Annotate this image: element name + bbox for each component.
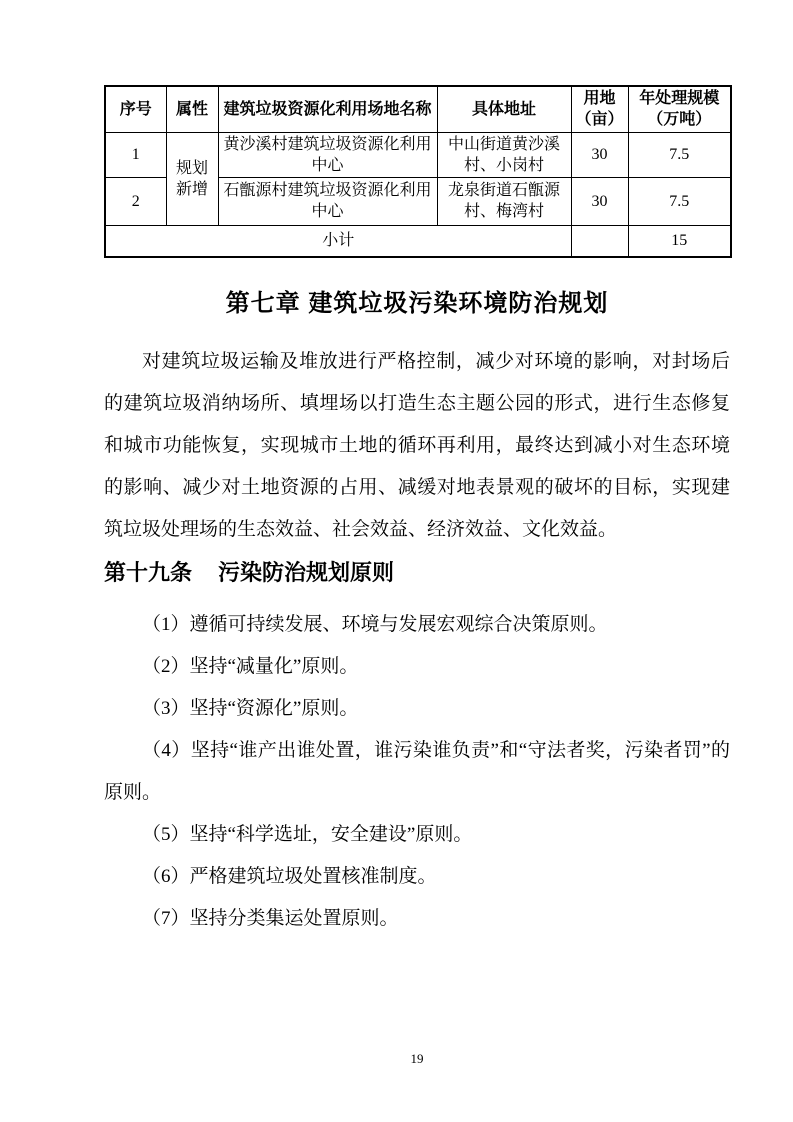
cell-seq: 2 [105,177,166,225]
attribute-line2: 新增 [176,181,208,198]
cell-attribute: 规划新增 [166,132,218,225]
document-page: 序号 属性 建筑垃圾资源化利用场地名称 具体地址 用地（亩） 年处理规模（万吨）… [0,0,793,1122]
header-site-name: 建筑垃圾资源化利用场地名称 [218,86,437,132]
principles-list: （1）遵循可持续发展、环境与发展宏观综合决策原则。 （2）坚持“减量化”原则。 … [104,604,730,940]
article-number: 第十九条 [104,560,192,585]
table-subtotal-row: 小计 15 [105,225,731,257]
article-title-text: 污染防治规划原则 [218,560,394,585]
principle-item-5: （5）坚持“科学选址，安全建设”原则。 [104,814,730,856]
header-address: 具体地址 [437,86,571,132]
article-title: 第十九条污染防治规划原则 [104,558,730,588]
header-attribute: 属性 [166,86,218,132]
cell-scale: 7.5 [628,132,731,177]
subtotal-land [571,225,628,257]
header-scale-line2: （万吨） [647,111,711,128]
header-seq: 序号 [105,86,166,132]
cell-scale: 7.5 [628,177,731,225]
header-land-line2: （亩） [575,111,623,128]
header-scale-line1: 年处理规模 [639,90,719,107]
cell-land: 30 [571,177,628,225]
header-land: 用地（亩） [571,86,628,132]
principle-item-6: （6）严格建筑垃圾处置核准制度。 [104,856,730,898]
cell-land: 30 [571,132,628,177]
principle-item-7: （7）坚持分类集运处置原则。 [104,898,730,940]
page-content: 序号 属性 建筑垃圾资源化利用场地名称 具体地址 用地（亩） 年处理规模（万吨）… [104,85,730,940]
subtotal-label: 小计 [105,225,571,257]
principle-item-3: （3）坚持“资源化”原则。 [104,688,730,730]
cell-site-name: 石甑源村建筑垃圾资源化利用中心 [218,177,437,225]
table-header-row: 序号 属性 建筑垃圾资源化利用场地名称 具体地址 用地（亩） 年处理规模（万吨） [105,86,731,132]
header-scale: 年处理规模（万吨） [628,86,731,132]
principle-item-1: （1）遵循可持续发展、环境与发展宏观综合决策原则。 [104,604,730,646]
principle-item-2: （2）坚持“减量化”原则。 [104,646,730,688]
chapter-title: 第七章 建筑垃圾污染环境防治规划 [104,287,730,321]
principle-item-4: （4）坚持“谁产出谁处置，谁污染谁负责”和“守法者奖，污染者罚”的原则。 [104,730,730,814]
intro-paragraph: 对建筑垃圾运输及堆放进行严格控制，减少对环境的影响，对封场后的建筑垃圾消纳场所、… [104,341,730,551]
facility-table: 序号 属性 建筑垃圾资源化利用场地名称 具体地址 用地（亩） 年处理规模（万吨）… [104,85,732,258]
cell-site-name: 黄沙溪村建筑垃圾资源化利用中心 [218,132,437,177]
cell-address: 龙泉街道石甑源村、梅湾村 [437,177,571,225]
cell-seq: 1 [105,132,166,177]
page-number: 19 [104,1051,730,1067]
table-row: 1 规划新增 黄沙溪村建筑垃圾资源化利用中心 中山街道黄沙溪村、小岗村 30 7… [105,132,731,177]
attribute-line1: 规划 [176,160,208,177]
header-land-line1: 用地 [583,90,615,107]
subtotal-scale: 15 [628,225,731,257]
cell-address: 中山街道黄沙溪村、小岗村 [437,132,571,177]
